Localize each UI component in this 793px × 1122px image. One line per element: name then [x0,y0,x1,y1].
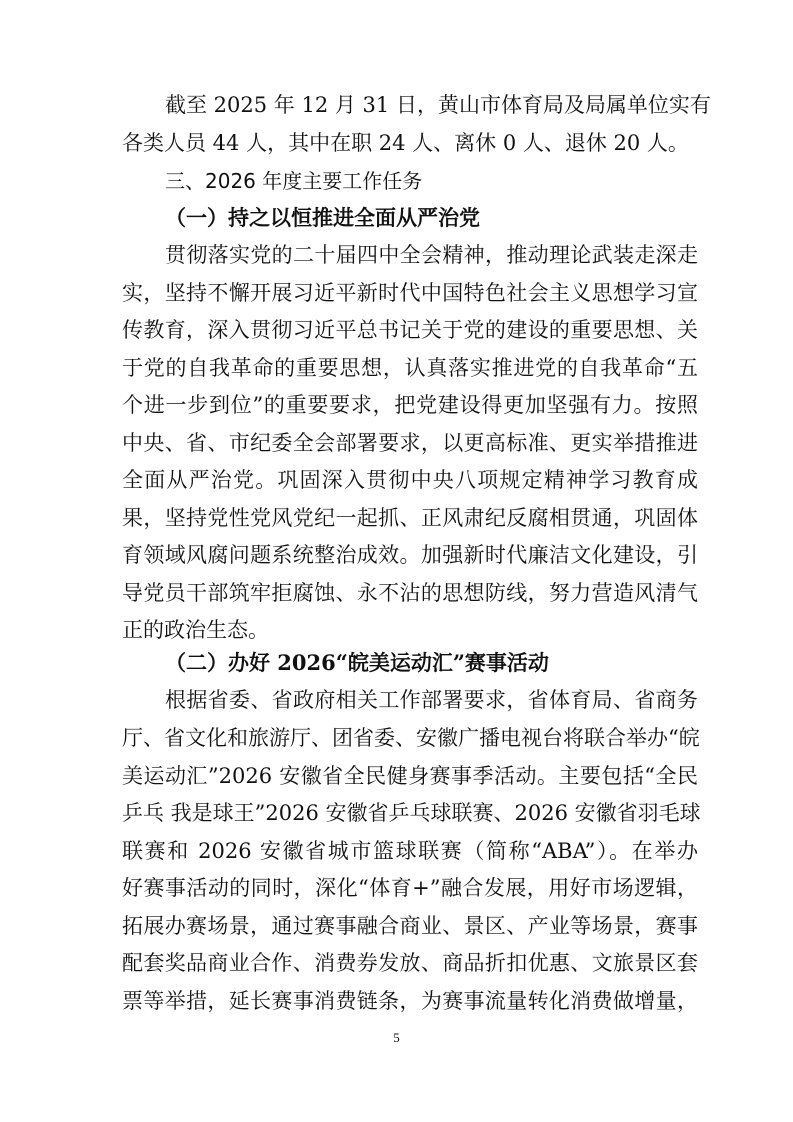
paragraph-line: 果，坚持党性党风党纪一起抓、正风肃纪反腐相贯通，巩固体 [122,505,698,531]
paragraph-line: 贯彻落实党的二十届四中全会精神，推动理论武装走深走 [165,242,698,268]
paragraph-line: 育领域风腐问题系统整治成效。加强新时代廉洁文化建设，引 [122,542,698,568]
paragraph-line: 传教育，深入贯彻习近平总书记关于党的建设的重要思想、关 [122,317,698,343]
paragraph-line: 导党员干部筑牢拒腐蚀、永不沾的思想防线，努力营造风清气 [122,580,698,606]
section-heading: （二）办好 2026“皖美运动汇”赛事活动 [165,650,741,676]
paragraph-line: 根据省委、省政府相关工作部署要求，省体育局、省商务 [165,687,698,713]
paragraph-line: 好赛事活动的同时，深化“体育+”融合发展，用好市场逻辑， [122,875,698,901]
paragraph-line: 各类人员 44 人，其中在职 24 人、离休 0 人、退休 20 人。 [122,130,698,156]
paragraph-line: 配套奖品商业合作、消费券发放、商品折扣优惠、文旅景区套 [122,950,698,976]
paragraph-line: 全面从严治党。巩固深入贯彻中央八项规定精神学习教育成 [122,467,698,493]
paragraph-line: 厅、省文化和旅游厅、团省委、安徽广播电视台将联合举办“皖 [122,725,698,751]
paragraph-line: 票等举措，延长赛事消费链条，为赛事流量转化消费做增量， [122,988,698,1014]
paragraph-line: 于党的自我革命的重要思想，认真落实推进党的自我革命“五 [122,355,698,381]
paragraph-line: 美运动汇”2026 安徽省全民健身赛事季活动。主要包括“全民 [122,763,698,789]
page-number: 5 [0,1030,793,1046]
document-page: 截至 2025 年 12 月 31 日，黄山市体育局及局属单位实有各类人员 44… [0,0,793,1122]
paragraph-line: 联赛和 2026 安徽省城市篮球联赛（简称“ABA”）。在举办 [122,838,698,864]
paragraph-line: 截至 2025 年 12 月 31 日，黄山市体育局及局属单位实有 [165,92,698,118]
paragraph-line: 个进一步到位”的重要要求，把党建设得更加坚强有力。按照 [122,392,698,418]
paragraph-line: 中央、省、市纪委全会部署要求，以更高标准、更实举措推进 [122,430,698,456]
paragraph-line: 正的政治生态。 [122,617,698,643]
paragraph-line: 乒乓 我是球王”2026 安徽省乒乓球联赛、2026 安徽省羽毛球 [122,800,698,826]
paragraph-line: 拓展办赛场景，通过赛事融合商业、景区、产业等场景，赛事 [122,913,698,939]
paragraph-line: 实，坚持不懈开展习近平新时代中国特色社会主义思想学习宣 [122,280,698,306]
section-heading: 三、2026 年度主要工作任务 [165,168,698,194]
section-heading: （一）持之以恒推进全面从严治党 [165,205,741,231]
